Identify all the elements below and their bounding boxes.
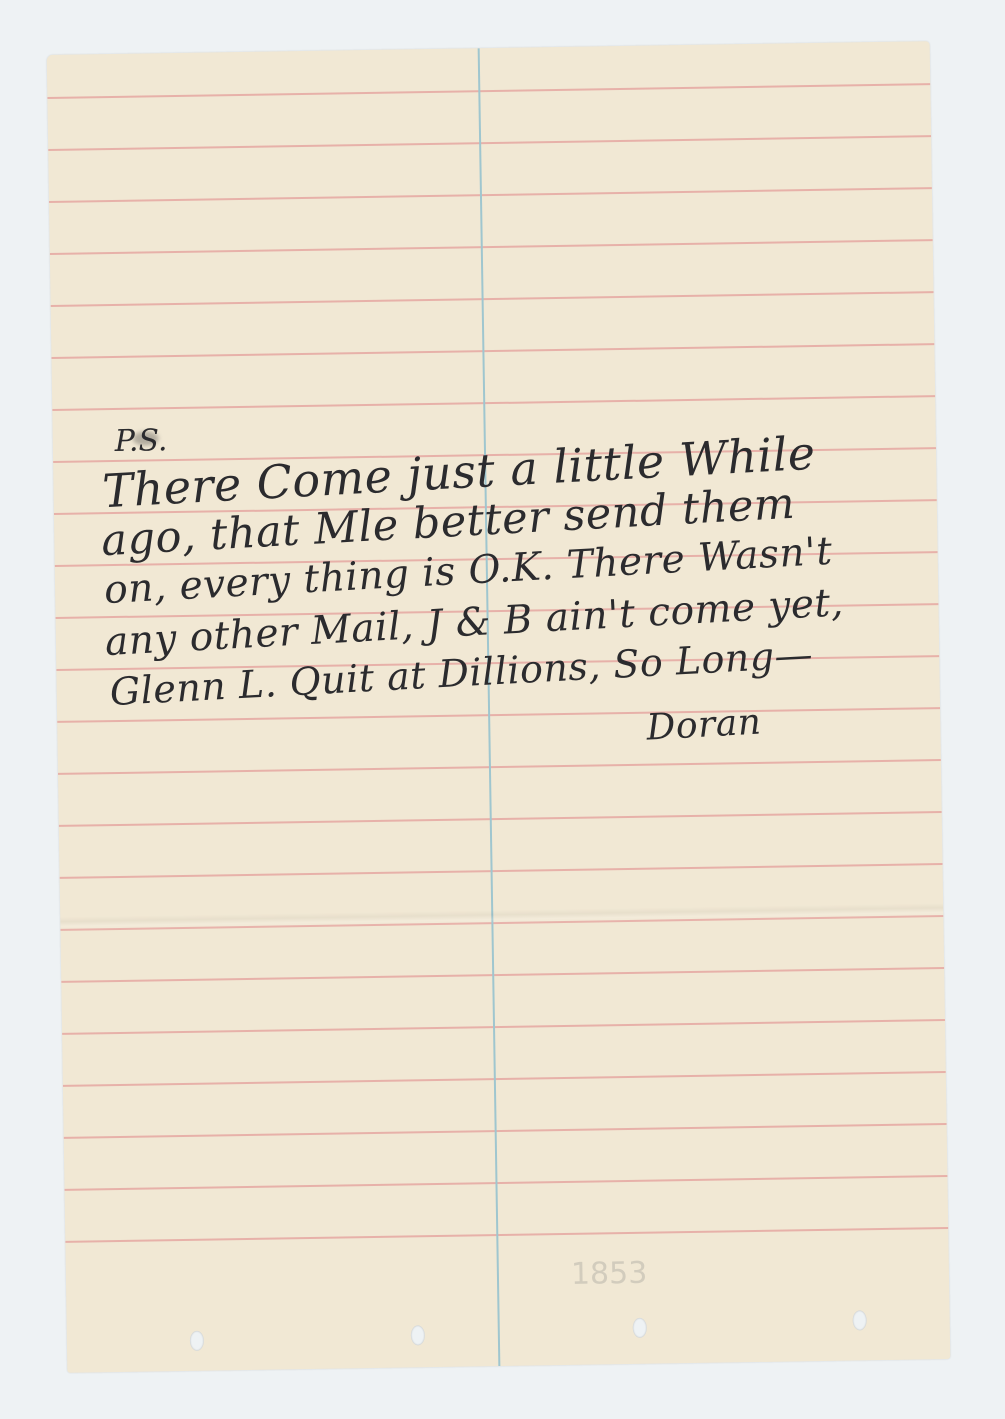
punch-hole (190, 1331, 204, 1351)
letter-paper: 1853 P.S. There Come just a little While… (47, 41, 951, 1373)
punch-hole (633, 1318, 647, 1338)
punch-hole (853, 1310, 867, 1330)
postscript-mark: P.S. (115, 423, 168, 459)
handwriting: P.S. There Come just a little While ago,… (47, 41, 951, 1373)
punch-hole (411, 1325, 425, 1345)
signature: Doran (645, 702, 762, 749)
